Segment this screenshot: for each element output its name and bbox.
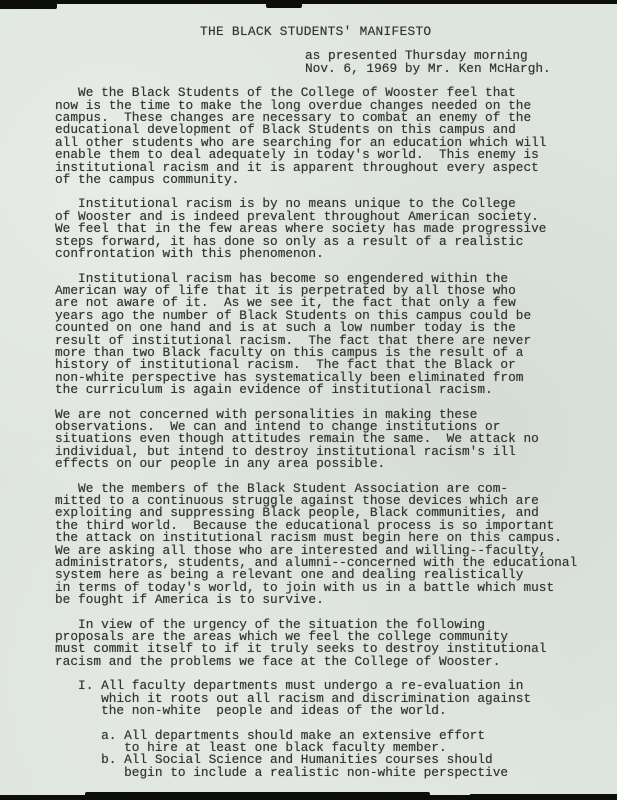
manifesto-page: THE BLACK STUDENTS' MANIFESTO as present… (55, 26, 605, 779)
paragraph-5: We the members of the Black Student Asso… (55, 483, 605, 607)
paragraph-4: We are not concerned with personalities … (55, 409, 605, 471)
paragraph-3: Institutional racism has become so engen… (55, 273, 605, 397)
text-line: the non-white people and ideas of the wo… (55, 705, 605, 717)
paragraph-2: Institutional racism is by no means uniq… (55, 198, 605, 260)
paragraph-6: In view of the urgency of the situation … (55, 619, 605, 669)
byline: as presented Thursday morning Nov. 6, 19… (305, 50, 605, 75)
text-line: confrontation with this phenomenon. (55, 248, 605, 260)
text-line: of the campus community. (55, 174, 605, 186)
scan-artifact-top-bump (266, 0, 302, 8)
scan-artifact-top-bar (0, 0, 617, 4)
document-title: THE BLACK STUDENTS' MANIFESTO (200, 26, 605, 38)
text-line: racism and the problems we face at the C… (55, 656, 605, 668)
paragraph-1: We the Black Students of the College of … (55, 87, 605, 186)
sub-items-a-b: a. All departments should make an extens… (55, 730, 605, 780)
text-line: begin to include a realistic non-white p… (55, 767, 605, 779)
scan-artifact-bottom-thick-bar (85, 792, 430, 800)
list-item-I: I. All faculty departments must undergo … (55, 680, 605, 717)
byline-line: Nov. 6, 1969 by Mr. Ken McHargh. (305, 63, 605, 75)
scan-artifact-top-left-bar (0, 0, 57, 9)
text-line: be fought if America is to survive. (55, 594, 605, 606)
scan-artifact-bottom-right-bar (470, 794, 617, 800)
text-line: effects on our people in any area possib… (55, 458, 605, 470)
text-line: the curriculum is again evidence of inst… (55, 384, 605, 396)
document-body: We the Black Students of the College of … (55, 87, 605, 779)
